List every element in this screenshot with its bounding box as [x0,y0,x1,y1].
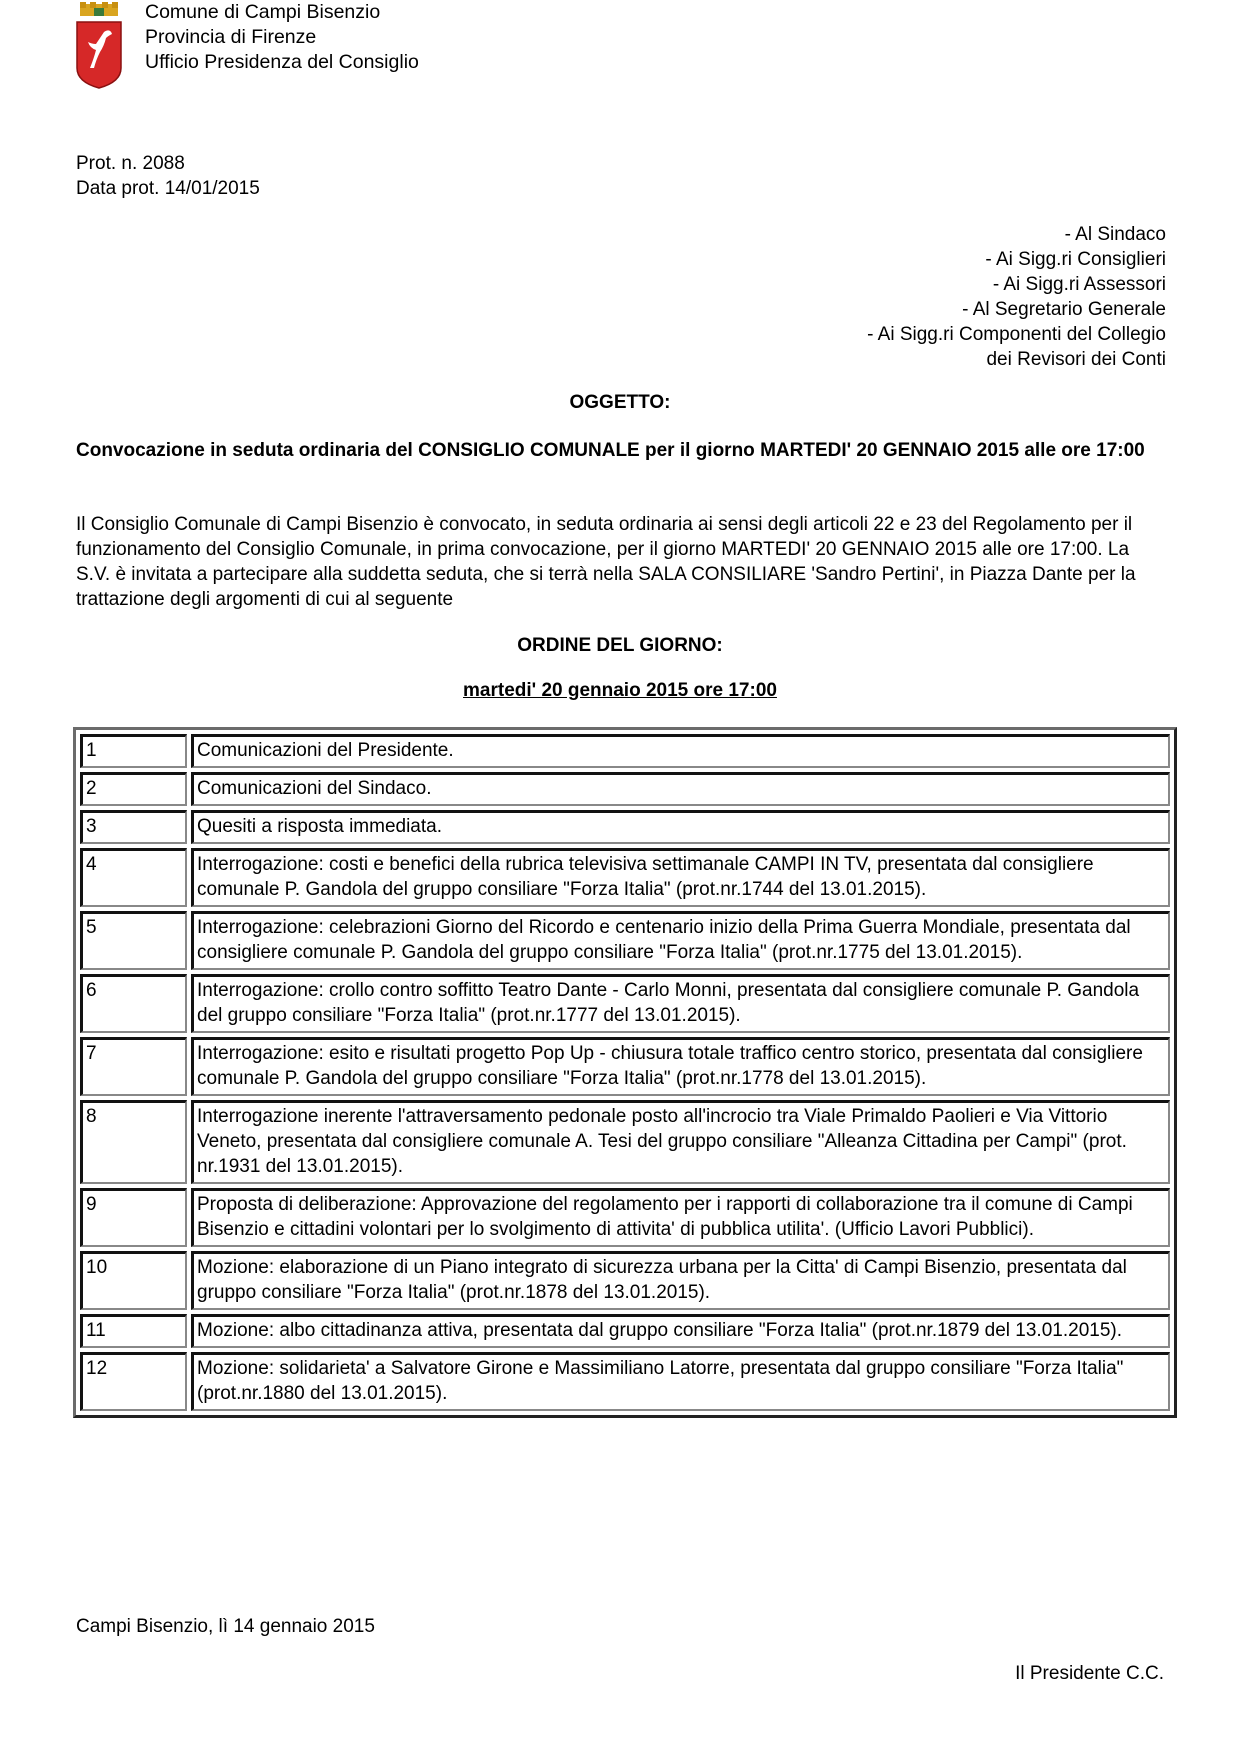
table-row: 11Mozione: albo cittadinanza attiva, pre… [80,1314,1170,1348]
table-row: 7Interrogazione: esito e risultati proge… [80,1037,1170,1096]
subject-heading: Convocazione in seduta ordinaria del CON… [76,438,1166,463]
issuer-header: Comune di Campi Bisenzio Provincia di Fi… [145,0,419,75]
table-row: 9Proposta di deliberazione: Approvazione… [80,1188,1170,1247]
agenda-date: martedi' 20 gennaio 2015 ore 17:00 [0,680,1240,702]
agenda-item-text: Interrogazione inerente l'attraversament… [191,1100,1170,1184]
table-row: 2Comunicazioni del Sindaco. [80,772,1170,806]
table-row: 12Mozione: solidarieta' a Salvatore Giro… [80,1352,1170,1411]
protocol-number: Prot. n. 2088 [76,151,260,176]
agenda-item-number: 12 [80,1352,187,1411]
agenda-item-text: Interrogazione: costi e benefici della r… [191,848,1170,907]
agenda-item-text: Interrogazione: crollo contro soffitto T… [191,974,1170,1033]
agenda-item-number: 10 [80,1251,187,1310]
agenda-item-number: 4 [80,848,187,907]
table-row: 5Interrogazione: celebrazioni Giorno del… [80,911,1170,970]
agenda-item-number: 1 [80,734,187,768]
recipient: - Ai Sigg.ri Componenti del Collegio [867,322,1166,347]
agenda-item-number: 7 [80,1037,187,1096]
signature: Il Presidente C.C. [1015,1663,1164,1685]
recipient: - Ai Sigg.ri Assessori [867,272,1166,297]
agenda-title: ORDINE DEL GIORNO: [0,635,1240,657]
agenda-item-number: 5 [80,911,187,970]
issuer-municipality: Comune di Campi Bisenzio [145,0,419,25]
issuer-office: Ufficio Presidenza del Consiglio [145,50,419,75]
protocol-date: Data prot. 14/01/2015 [76,176,260,201]
convocation-body: Il Consiglio Comunale di Campi Bisenzio … [76,512,1166,612]
agenda-item-text: Comunicazioni del Sindaco. [191,772,1170,806]
table-row: 8Interrogazione inerente l'attraversamen… [80,1100,1170,1184]
agenda-item-number: 6 [80,974,187,1033]
agenda-item-number: 2 [80,772,187,806]
agenda-item-text: Interrogazione: celebrazioni Giorno del … [191,911,1170,970]
agenda-item-number: 9 [80,1188,187,1247]
table-row: 6Interrogazione: crollo contro soffitto … [80,974,1170,1033]
agenda-item-text: Comunicazioni del Presidente. [191,734,1170,768]
recipient: dei Revisori dei Conti [867,347,1166,372]
issuer-province: Provincia di Firenze [145,25,419,50]
agenda-item-text: Mozione: albo cittadinanza attiva, prese… [191,1314,1170,1348]
agenda-item-text: Proposta di deliberazione: Approvazione … [191,1188,1170,1247]
agenda-item-number: 8 [80,1100,187,1184]
protocol-block: Prot. n. 2088 Data prot. 14/01/2015 [76,151,260,201]
table-row: 3Quesiti a risposta immediata. [80,810,1170,844]
agenda-item-text: Mozione: elaborazione di un Piano integr… [191,1251,1170,1310]
recipient: - Al Segretario Generale [867,297,1166,322]
agenda-item-text: Quesiti a risposta immediata. [191,810,1170,844]
agenda-item-number: 3 [80,810,187,844]
agenda-item-text: Interrogazione: esito e risultati proget… [191,1037,1170,1096]
table-row: 4Interrogazione: costi e benefici della … [80,848,1170,907]
agenda-table: 1Comunicazioni del Presidente.2Comunicaz… [73,727,1177,1418]
recipient: - Ai Sigg.ri Consiglieri [867,247,1166,272]
recipient: - Al Sindaco [867,222,1166,247]
agenda-item-text: Mozione: solidarieta' a Salvatore Girone… [191,1352,1170,1411]
agenda-item-number: 11 [80,1314,187,1348]
place-date: Campi Bisenzio, lì 14 gennaio 2015 [76,1616,375,1638]
recipients-list: - Al Sindaco - Ai Sigg.ri Consiglieri - … [867,222,1166,372]
table-row: 1Comunicazioni del Presidente. [80,734,1170,768]
coat-of-arms-icon [74,2,124,90]
table-row: 10Mozione: elaborazione di un Piano inte… [80,1251,1170,1310]
oggetto-label: OGGETTO: [0,392,1240,414]
